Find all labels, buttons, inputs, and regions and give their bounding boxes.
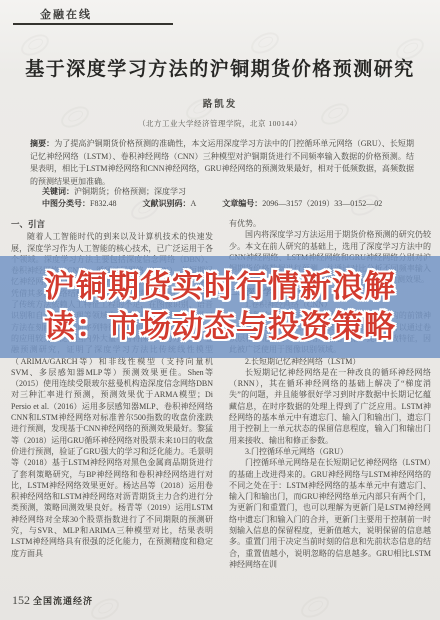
header-rule [13,23,173,25]
article-number: 文章编号：2096—3157（2019）33—0152—02 [222,198,382,209]
clc-number: 中图分类号：F832.48 [42,198,116,209]
article-author: 路凯发 [0,96,440,110]
author-affiliation: （北方工业大学经济管理学院，北京 100144） [0,118,440,129]
journal-section-label: 金融在线 [40,6,92,22]
section-heading-introduction: 一、引言 [11,219,213,230]
promo-headline-banner[interactable]: 沪铜期货实时行情新浪解 读：市场动态与投资策略 [0,256,440,358]
promo-headline-line2: 读：市场动态与投资策略 [44,309,396,344]
page-number: 152 [12,593,30,608]
abstract-text: 为了提高沪铜期货价格预测的准确性，本文运用深度学习方法中的门控循环单元网络（GR… [30,139,414,186]
journal-name: 全国流通经济 [33,594,93,607]
promo-headline-line1: 沪铜期货实时行情新浪解 [44,269,396,304]
lstm-paragraph: 长短期记忆神经网络是在一种改良的循环神经网络（RNN），其在循环神经网络的基础上… [229,367,431,446]
abstract-label: 摘要： [30,139,54,148]
keywords-line: 关键词：沪铜期货；价格预测；深度学习 [42,186,186,197]
keywords-text: 沪铜期货；价格预测；深度学习 [74,187,186,196]
keywords-label: 关键词： [42,187,74,196]
promo-headline-text: 沪铜期货实时行情新浪解 读：市场动态与投资策略 [44,267,396,347]
carryover-text: 有优势。 [229,218,431,229]
classification-line: 中图分类号：F832.48 文献识别码：A 文章编号：2096—3157（201… [42,198,382,209]
watermark-decoration [298,592,333,620]
page-footer: 152 全国流通经济 [12,593,93,608]
abstract-paragraph: 摘要：为了提高沪铜期货价格预测的准确性，本文运用深度学习方法中的门控循环单元网络… [30,138,414,188]
gru-subheading: 3.门控循环单元网络（GRU） [229,446,431,457]
document-code: 文献识别码：A [142,198,196,209]
scanned-paper-page: 金融在线 基于深度学习方法的沪铜期货价格预测研究 路凯发 （北方工业大学经济管理… [0,0,440,620]
article-title: 基于深度学习方法的沪铜期货价格预测研究 [0,54,440,81]
gru-paragraph: 门控循环单元网络是在长短期记忆神经网络（LSTM）的基础上改进得来的。GRU神经… [229,457,431,570]
